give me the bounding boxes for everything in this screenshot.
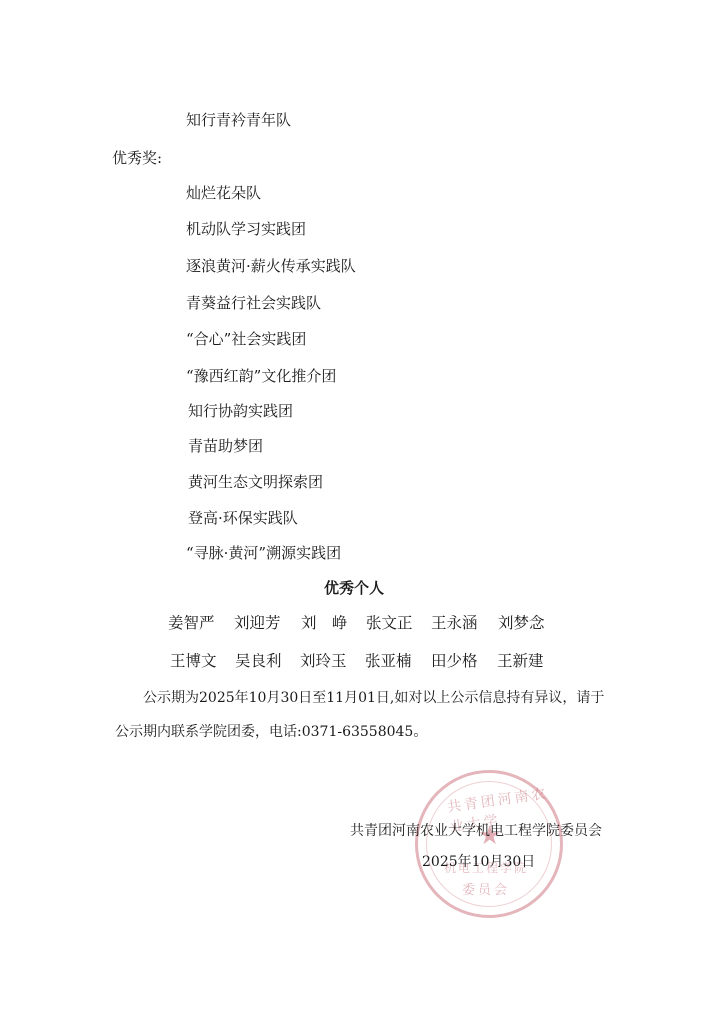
award-item: 灿烂花朵队 <box>186 183 261 203</box>
award-item: “合心”社会实践团 <box>186 329 306 349</box>
person-name: 刘 峥 <box>301 613 366 633</box>
award-item: “豫西红韵”文化推介团 <box>186 366 336 386</box>
seal-text-line-2: 委员会 <box>462 879 510 898</box>
notice-line-1: 公示期为2025年10月30日至11月01日,如对以上公示信息持有异议，请于 <box>143 688 604 708</box>
person-name: 刘玲玉 <box>300 651 365 671</box>
top-team-item: 知行青衿青年队 <box>186 110 291 130</box>
person-name: 刘迎芳 <box>234 613 301 633</box>
person-name: 姜智严 <box>168 613 234 633</box>
person-name: 刘梦念 <box>498 613 558 633</box>
person-name: 王永涵 <box>431 613 498 633</box>
award-item: 逐浪黄河·薪火传承实践队 <box>186 256 356 276</box>
award-item: 知行协韵实践团 <box>188 401 293 421</box>
person-name: 田少格 <box>431 651 497 671</box>
notice-line-2: 公示期内联系学院团委，电话:0371-63558045。 <box>115 722 427 742</box>
individuals-title: 优秀个人 <box>324 578 384 598</box>
award-item: 青葵益行社会实践队 <box>186 293 321 313</box>
award-item: 黄河生态文明探索团 <box>188 472 323 492</box>
award-item: 登高·环保实践队 <box>188 508 298 528</box>
award-item: “寻脉·黄河”溯源实践团 <box>186 543 341 563</box>
person-name: 张亚楠 <box>365 651 431 671</box>
person-name: 王博文 <box>170 651 235 671</box>
award-item: 机动队学习实践团 <box>186 219 306 239</box>
person-name: 张文正 <box>366 613 431 633</box>
official-seal: 共青团河南农业大学 ★ 机电工程学院 委员会 <box>415 770 563 918</box>
individuals-row: 王博文 吴良利 刘玲玉 张亚楠 田少格 王新建 <box>170 651 557 671</box>
person-name: 王新建 <box>497 651 557 671</box>
signature-organization: 共青团河南农业大学机电工程学院委员会 <box>350 821 602 841</box>
signature-date: 2025年10月30日 <box>422 852 535 872</box>
award-item: 青苗助梦团 <box>188 436 263 456</box>
person-name: 吴良利 <box>235 651 300 671</box>
award-section-title: 优秀奖: <box>112 148 162 168</box>
individuals-row: 姜智严 刘迎芳 刘 峥 张文正 王永涵 刘梦念 <box>168 613 558 633</box>
